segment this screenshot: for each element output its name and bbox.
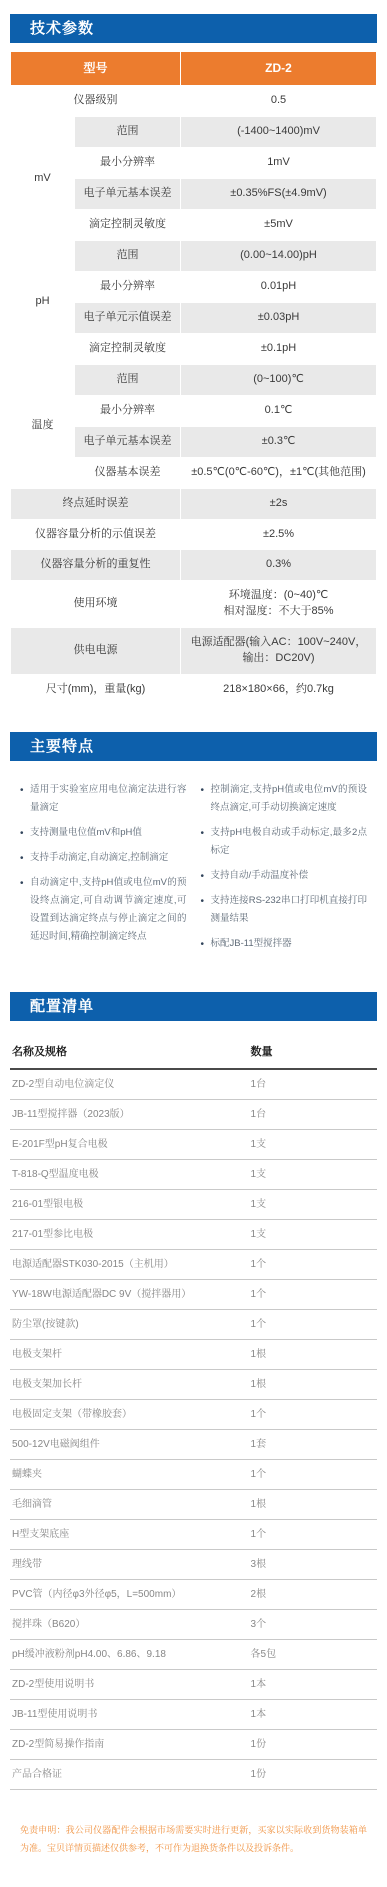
- config-row: pH缓冲液粉剂pH4.00、6.86、9.18各5包: [10, 1640, 377, 1670]
- config-item-qty: 3根: [249, 1550, 377, 1580]
- spec-row: 尺寸(mm)，重量(kg)218×180×66，约0.7kg: [11, 675, 377, 706]
- spec-value-cell: ±0.5℃(0℃-60℃)，±1℃(其他范围): [181, 457, 377, 488]
- spec-value-cell: ±0.3℃: [181, 426, 377, 457]
- config-item-name: YW-18W电源适配器DC 9V（搅拌器用）: [10, 1280, 249, 1310]
- config-table-body: ZD-2型自动电位滴定仪1台JB-11型搅拌器（2023版）1台E-201F型p…: [10, 1069, 377, 1790]
- spec-label-cell: 尺寸(mm)，重量(kg): [11, 675, 181, 706]
- config-item-name: 产品合格证: [10, 1760, 249, 1790]
- feature-item: 支持自动/手动温度补偿: [201, 867, 368, 885]
- config-item-qty: 1支: [249, 1130, 377, 1160]
- config-row: 产品合格证1份: [10, 1760, 377, 1790]
- config-row: 理线带3根: [10, 1550, 377, 1580]
- config-row: T-818-Q型温度电极1支: [10, 1160, 377, 1190]
- config-row: 毛细滴管1根: [10, 1490, 377, 1520]
- config-item-qty: 3个: [249, 1610, 377, 1640]
- spec-row: pH范围(0.00~14.00)pH: [11, 241, 377, 272]
- config-col-name: 名称及规格: [10, 1037, 249, 1069]
- config-item-qty: 1根: [249, 1490, 377, 1520]
- spec-value-cell: 环境温度：(0~40)℃ 相对湿度：不大于85%: [181, 581, 377, 628]
- config-item-qty: 1份: [249, 1730, 377, 1760]
- config-item-qty: 1支: [249, 1160, 377, 1190]
- config-row: 电极支架加长杆1根: [10, 1370, 377, 1400]
- spec-value-cell: 0.01pH: [181, 272, 377, 303]
- config-row: 217-01型参比电极1支: [10, 1220, 377, 1250]
- config-row: 电源适配器STK030-2015（主机用）1个: [10, 1250, 377, 1280]
- config-row: ZD-2型简易操作指南1份: [10, 1730, 377, 1760]
- config-item-qty: 1根: [249, 1340, 377, 1370]
- spec-label-cell: 范围: [75, 117, 181, 148]
- config-item-name: H型支架底座: [10, 1520, 249, 1550]
- section-tech-params: 技术参数 型号 ZD-2 仪器级别0.5mV范围(-1400~1400)mV最小…: [10, 14, 377, 706]
- config-row: YW-18W电源适配器DC 9V（搅拌器用）1个: [10, 1280, 377, 1310]
- feature-list: 控制滴定,支持pH值或电位mV的预设终点滴定,可手动切换滴定速度支持pH电极自动…: [201, 781, 368, 960]
- config-col-qty: 数量: [249, 1037, 377, 1069]
- feature-item: 标配JB-11型搅拌器: [201, 935, 368, 953]
- tech-params-header: 技术参数: [10, 14, 377, 43]
- spec-label-cell: 仪器级别: [11, 86, 181, 117]
- spec-value-cell: 1mV: [181, 148, 377, 179]
- config-item-name: pH缓冲液粉剂pH4.00、6.86、9.18: [10, 1640, 249, 1670]
- spec-label-cell: 使用环境: [11, 581, 181, 628]
- config-item-qty: 1份: [249, 1760, 377, 1790]
- config-item-name: 216-01型银电极: [10, 1190, 249, 1220]
- config-item-name: ZD-2型自动电位滴定仪: [10, 1069, 249, 1100]
- feature-item: 适用于实验室应用电位滴定法进行容量滴定: [20, 781, 187, 817]
- config-row: H型支架底座1个: [10, 1520, 377, 1550]
- config-item-qty: 1支: [249, 1220, 377, 1250]
- spec-value-cell: ±0.35%FS(±4.9mV): [181, 179, 377, 210]
- config-item-name: 电极支架加长杆: [10, 1370, 249, 1400]
- config-row: E-201F型pH复合电极1支: [10, 1130, 377, 1160]
- config-item-name: JB-11型使用说明书: [10, 1700, 249, 1730]
- config-row: ZD-2型自动电位滴定仪1台: [10, 1069, 377, 1100]
- config-row: 电极支架杆1根: [10, 1340, 377, 1370]
- spec-group-cell: pH: [11, 241, 75, 365]
- spec-group-cell: 温度: [11, 364, 75, 488]
- config-item-name: ZD-2型简易操作指南: [10, 1730, 249, 1760]
- config-item-qty: 1本: [249, 1700, 377, 1730]
- feature-item: 支持测量电位值mV和pH值: [20, 824, 187, 842]
- spec-row: 供电电源电源适配器(输入AC：100V~240V， 输出：DC20V): [11, 628, 377, 675]
- config-item-qty: 1个: [249, 1520, 377, 1550]
- config-row: 216-01型银电极1支: [10, 1190, 377, 1220]
- config-item-qty: 1个: [249, 1250, 377, 1280]
- spec-label-cell: 范围: [75, 241, 181, 272]
- config-item-name: E-201F型pH复合电极: [10, 1130, 249, 1160]
- spec-label-cell: 滴定控制灵敏度: [75, 210, 181, 241]
- config-item-name: 217-01型参比电极: [10, 1220, 249, 1250]
- config-item-qty: 1个: [249, 1310, 377, 1340]
- feature-item: 控制滴定,支持pH值或电位mV的预设终点滴定,可手动切换滴定速度: [201, 781, 368, 817]
- spec-row: 仪器容量分析的示值误差±2.5%: [11, 519, 377, 550]
- spec-value-cell: ±2.5%: [181, 519, 377, 550]
- spec-label-cell: 电子单元基本误差: [75, 426, 181, 457]
- config-item-name: 电源适配器STK030-2015（主机用）: [10, 1250, 249, 1280]
- spec-value-cell: ±2s: [181, 488, 377, 519]
- feature-item: 支持手动滴定,自动滴定,控制滴定: [20, 849, 187, 867]
- config-item-qty: 1个: [249, 1460, 377, 1490]
- config-item-qty: 1台: [249, 1069, 377, 1100]
- spec-label-cell: 最小分辨率: [75, 272, 181, 303]
- config-row: 搅拌珠（B620）3个: [10, 1610, 377, 1640]
- spec-label-cell: 电子单元基本误差: [75, 179, 181, 210]
- spec-group-cell: mV: [11, 117, 75, 241]
- feature-item: 支持pH电极自动或手动标定,最多2点标定: [201, 824, 368, 860]
- config-item-qty: 1本: [249, 1670, 377, 1700]
- config-item-name: JB-11型搅拌器（2023版）: [10, 1100, 249, 1130]
- config-table: 名称及规格 数量 ZD-2型自动电位滴定仪1台JB-11型搅拌器（2023版）1…: [10, 1037, 377, 1790]
- spec-row: 仪器级别0.5: [11, 86, 377, 117]
- spec-table: 型号 ZD-2 仪器级别0.5mV范围(-1400~1400)mV最小分辨率1m…: [10, 51, 377, 706]
- spec-label-cell: 供电电源: [11, 628, 181, 675]
- spec-header-row: 型号 ZD-2: [11, 52, 377, 86]
- config-header-row: 名称及规格 数量: [10, 1037, 377, 1069]
- spec-value-cell: 0.5: [181, 86, 377, 117]
- config-item-name: 电极支架杆: [10, 1340, 249, 1370]
- config-row: ZD-2型使用说明书1本: [10, 1670, 377, 1700]
- spec-value-cell: (0~100)℃: [181, 364, 377, 395]
- spec-row: mV范围(-1400~1400)mV: [11, 117, 377, 148]
- feature-list: 适用于实验室应用电位滴定法进行容量滴定支持测量电位值mV和pH值支持手动滴定,自…: [20, 781, 187, 960]
- config-item-qty: 1根: [249, 1370, 377, 1400]
- config-row: 电极固定支架（带橡胶套）1个: [10, 1400, 377, 1430]
- config-item-qty: 1个: [249, 1280, 377, 1310]
- spec-row: 温度范围(0~100)℃: [11, 364, 377, 395]
- config-item-qty: 1支: [249, 1190, 377, 1220]
- spec-value-cell: ±5mV: [181, 210, 377, 241]
- spec-label-cell: 仪器容量分析的重复性: [11, 550, 181, 581]
- config-item-name: PVC管（内径φ3外径φ5，L=500mm）: [10, 1580, 249, 1610]
- spec-label-cell: 电子单元示值误差: [75, 302, 181, 333]
- page: 技术参数 型号 ZD-2 仪器级别0.5mV范围(-1400~1400)mV最小…: [0, 0, 387, 1887]
- config-item-name: ZD-2型使用说明书: [10, 1670, 249, 1700]
- spec-value-cell: (-1400~1400)mV: [181, 117, 377, 148]
- config-row: JB-11型使用说明书1本: [10, 1700, 377, 1730]
- spec-row: 终点延时误差±2s: [11, 488, 377, 519]
- spec-label-cell: 仪器容量分析的示值误差: [11, 519, 181, 550]
- config-item-qty: 各5包: [249, 1640, 377, 1670]
- config-row: 500-12V电磁阀组件1套: [10, 1430, 377, 1460]
- config-item-qty: 1个: [249, 1400, 377, 1430]
- config-item-name: 500-12V电磁阀组件: [10, 1430, 249, 1460]
- config-item-name: 防尘罩(按键款): [10, 1310, 249, 1340]
- spec-label-cell: 范围: [75, 364, 181, 395]
- feature-item: 自动滴定中,支持pH值或电位mV的预设终点滴定,可自动调节滴定速度,可设置到达滴…: [20, 874, 187, 946]
- spec-value-cell: 218×180×66，约0.7kg: [181, 675, 377, 706]
- features-columns: 适用于实验室应用电位滴定法进行容量滴定支持测量电位值mV和pH值支持手动滴定,自…: [10, 761, 377, 970]
- feature-item: 支持连接RS-232串口打印机直接打印测量结果: [201, 892, 368, 928]
- spec-label-cell: 仪器基本误差: [75, 457, 181, 488]
- config-item-qty: 1套: [249, 1430, 377, 1460]
- model-label-cell: 型号: [11, 52, 181, 86]
- spec-value-cell: 0.1℃: [181, 395, 377, 426]
- config-row: PVC管（内径φ3外径φ5，L=500mm）2根: [10, 1580, 377, 1610]
- section-features: 主要特点 适用于实验室应用电位滴定法进行容量滴定支持测量电位值mV和pH值支持手…: [10, 732, 377, 970]
- config-item-name: 搅拌珠（B620）: [10, 1610, 249, 1640]
- model-value-cell: ZD-2: [181, 52, 377, 86]
- config-item-name: 蝴蝶夹: [10, 1460, 249, 1490]
- config-row: JB-11型搅拌器（2023版）1台: [10, 1100, 377, 1130]
- spec-value-cell: (0.00~14.00)pH: [181, 241, 377, 272]
- config-row: 防尘罩(按键款)1个: [10, 1310, 377, 1340]
- spec-table-body: 型号 ZD-2 仪器级别0.5mV范围(-1400~1400)mV最小分辨率1m…: [11, 52, 377, 706]
- spec-label-cell: 最小分辨率: [75, 148, 181, 179]
- config-item-name: 电极固定支架（带橡胶套）: [10, 1400, 249, 1430]
- config-row: 蝴蝶夹1个: [10, 1460, 377, 1490]
- spec-label-cell: 滴定控制灵敏度: [75, 333, 181, 364]
- spec-label-cell: 终点延时误差: [11, 488, 181, 519]
- section-config-list: 配置清单 名称及规格 数量 ZD-2型自动电位滴定仪1台JB-11型搅拌器（20…: [10, 992, 377, 1790]
- disclaimer-text: 免责申明：我公司仪器配件会根据市场需要实时进行更新，买家以实际收到货物装箱单为准…: [20, 1822, 367, 1856]
- config-item-qty: 1台: [249, 1100, 377, 1130]
- spec-row: 仪器容量分析的重复性0.3%: [11, 550, 377, 581]
- config-list-header: 配置清单: [10, 992, 377, 1021]
- config-item-name: T-818-Q型温度电极: [10, 1160, 249, 1190]
- spec-value-cell: ±0.1pH: [181, 333, 377, 364]
- spec-row: 使用环境环境温度：(0~40)℃ 相对湿度：不大于85%: [11, 581, 377, 628]
- config-item-name: 理线带: [10, 1550, 249, 1580]
- spec-value-cell: 0.3%: [181, 550, 377, 581]
- features-header: 主要特点: [10, 732, 377, 761]
- spec-value-cell: ±0.03pH: [181, 302, 377, 333]
- config-item-name: 毛细滴管: [10, 1490, 249, 1520]
- spec-value-cell: 电源适配器(输入AC：100V~240V， 输出：DC20V): [181, 628, 377, 675]
- spec-label-cell: 最小分辨率: [75, 395, 181, 426]
- config-item-qty: 2根: [249, 1580, 377, 1610]
